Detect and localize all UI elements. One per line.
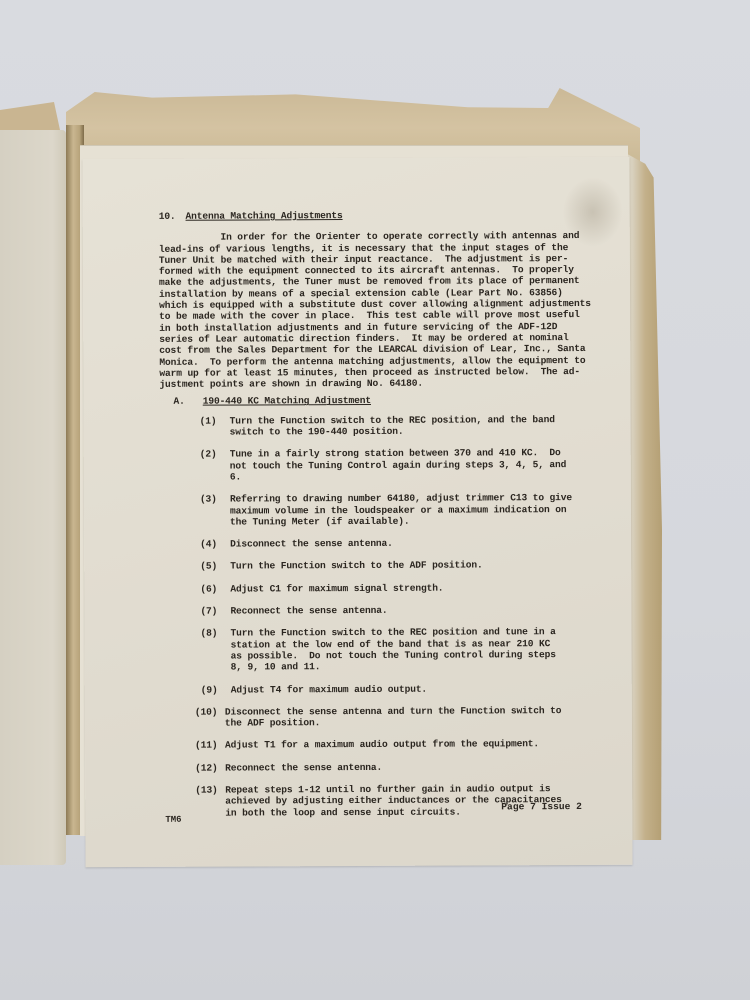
step-number: (2) [200,449,230,483]
step-text: Disconnect the sense antenna and turn th… [225,705,562,729]
section-title: Antenna Matching Adjustments [186,210,343,222]
document-page: 10. Antenna Matching Adjustments In orde… [82,157,632,867]
step-item: (6)Adjust C1 for maximum signal strength… [200,582,620,595]
step-number: (8) [201,628,231,673]
step-item: (4)Disconnect the sense antenna. [200,537,620,550]
step-text: Disconnect the sense antenna. [230,538,393,550]
step-text: Tune in a fairly strong station between … [230,447,567,482]
step-item: (7)Reconnect the sense antenna. [200,604,620,617]
step-item: (8)Turn the Function switch to the REC p… [201,626,621,673]
subsection-letter: A. [173,396,184,407]
step-item: (10)Disconnect the sense antenna and tur… [201,705,621,729]
step-text: Referring to drawing number 64180, adjus… [230,492,572,527]
subsection-heading: A. 190-440 KC Matching Adjustment [173,394,619,407]
document-code: TM6 [165,815,181,825]
step-number: (4) [200,539,230,550]
step-number: (1) [200,415,230,438]
adjacent-left-page [0,130,66,865]
step-text: Turn the Function switch to the ADF posi… [230,560,482,572]
step-number: (11) [195,740,225,751]
step-number: (10) [195,706,225,729]
step-text: Reconnect the sense antenna. [230,605,387,617]
step-number: (3) [200,494,230,528]
step-item: (12)Reconnect the sense antenna. [201,761,621,774]
page-content: 10. Antenna Matching Adjustments In orde… [159,209,622,830]
step-text: Turn the Function switch to the REC posi… [231,626,556,673]
step-number: (6) [200,583,230,594]
section-number: 10. [159,211,176,222]
step-item: (1)Turn the Function switch to the REC p… [200,414,620,438]
step-number: (13) [195,785,225,819]
steps-list: (1)Turn the Function switch to the REC p… [200,414,622,819]
step-text: Adjust C1 for maximum signal strength. [230,582,443,594]
step-item: (9)Adjust T4 for maximum audio output. [201,682,621,695]
step-item: (5)Turn the Function switch to the ADF p… [200,559,620,572]
step-number: (9) [201,684,231,695]
step-text: Adjust T1 for a maximum audio output fro… [225,739,539,752]
step-number: (12) [195,762,225,773]
step-number: (5) [200,561,230,572]
step-text: Adjust T4 for maximum audio output. [231,683,427,695]
page-issue-label: Page 7 Issue 2 [501,801,582,812]
intro-paragraph: In order for the Orienter to operate cor… [159,230,620,390]
step-item: (11)Adjust T1 for a maximum audio output… [201,738,621,751]
step-number: (7) [200,606,230,617]
step-item: (3)Referring to drawing number 64180, ad… [200,492,620,528]
step-item: (2)Tune in a fairly strong station betwe… [200,447,620,483]
subsection-title: 190-440 KC Matching Adjustment [203,395,371,407]
step-text: Turn the Function switch to the REC posi… [230,414,555,438]
section-heading: 10. Antenna Matching Adjustments [159,209,619,222]
step-text: Reconnect the sense antenna. [225,762,382,774]
